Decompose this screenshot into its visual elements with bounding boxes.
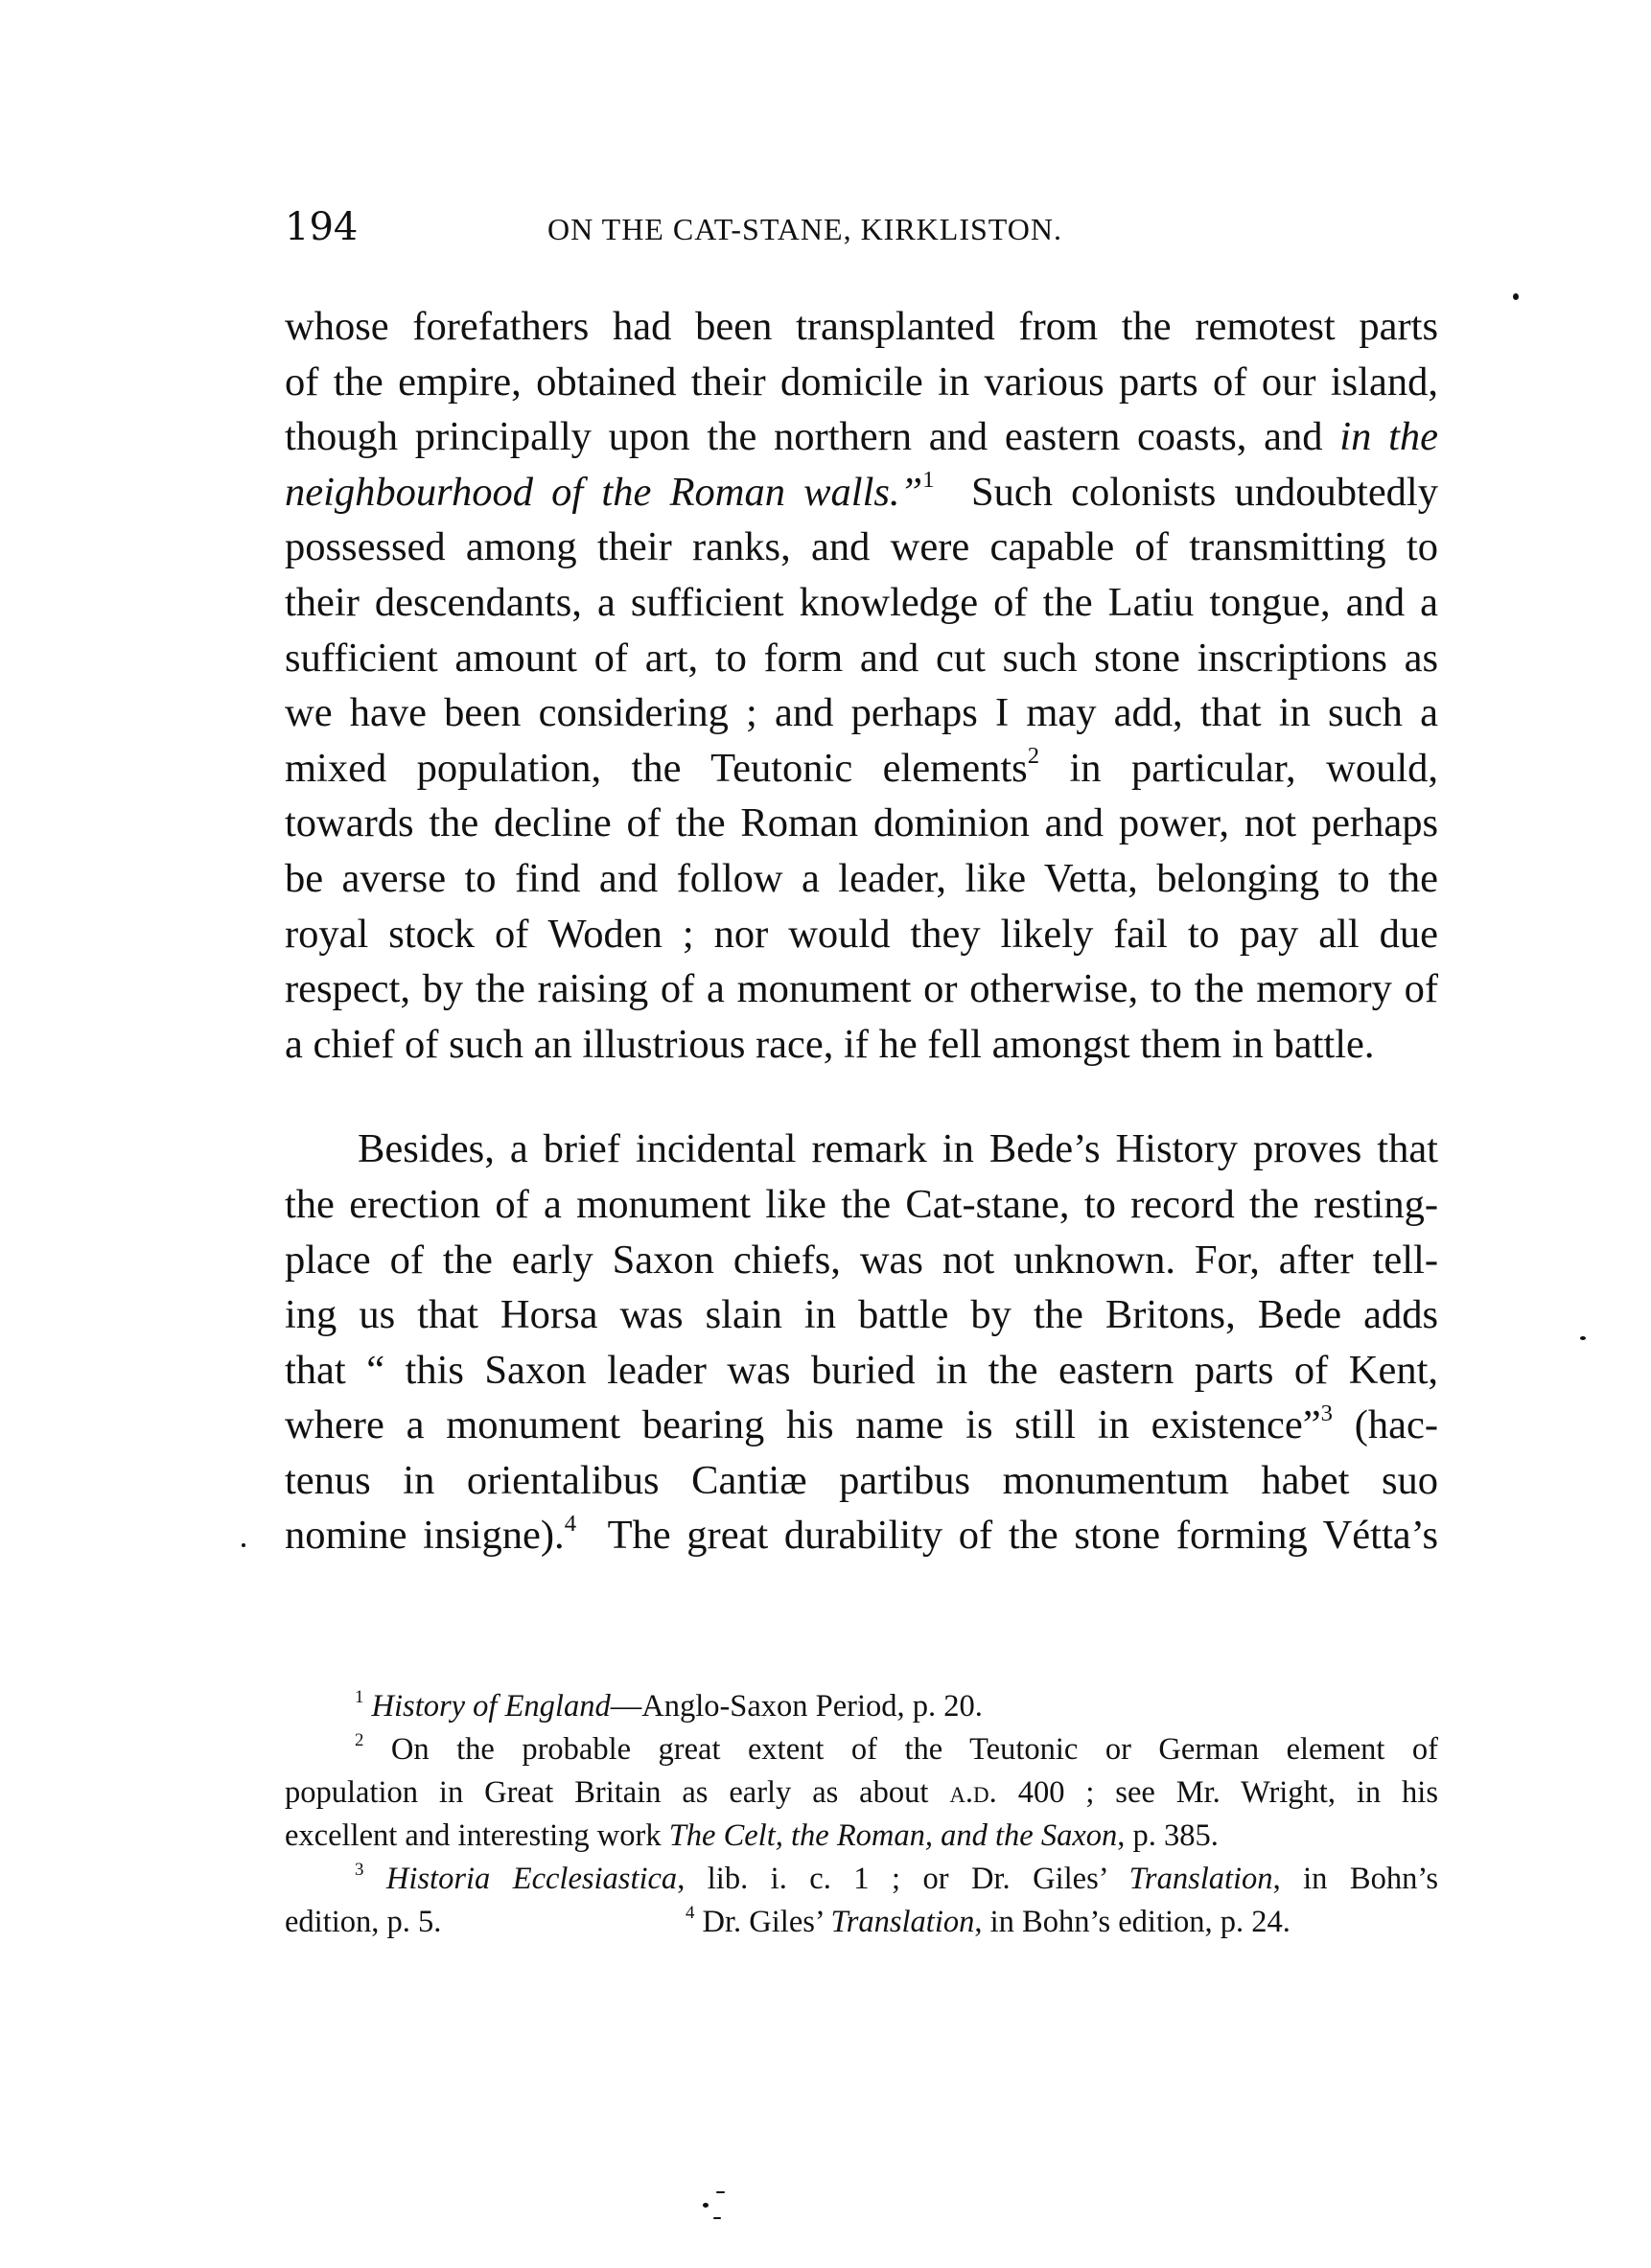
body-text: whose forefathers had been transplanted … [285,299,1438,1563]
footnote-2-line: population in Great Britain as early as … [285,1771,1438,1815]
scan-speck [1580,1336,1586,1340]
text-span: , p. 385. [1117,1818,1219,1853]
footnote-2-line: excellent and interesting work The Celt,… [285,1815,1438,1858]
italic-span: Historia Ecclesiastica [386,1862,677,1896]
italic-span: The Celt, the Roman, and the Saxon [669,1818,1118,1853]
scan-speck [703,2203,709,2208]
small-caps-span: a.d. [949,1775,996,1810]
footnote-ref-1[interactable]: 1 [922,467,934,493]
text-line: nomine insigne).4 The great durability o… [285,1508,1438,1563]
text-line: whose forefathers had been transplanted … [285,299,1438,355]
paragraph-2: Besides, a brief incidental remark in Be… [285,1122,1438,1563]
scan-speck [1513,293,1519,300]
scan-speck [713,2217,721,2219]
footnotes: 1 History of England—Anglo-Saxon Period,… [285,1685,1438,1944]
text-span: edition, p. 5. [285,1905,441,1939]
footnote-mark: 3 [355,1860,363,1880]
text-span: —Anglo-Saxon Period, p. 20. [611,1689,983,1724]
italic-span: Translation [1129,1862,1273,1896]
text-span: Dr. Giles’ [703,1905,831,1939]
footnote-3-4-line: edition, p. 5.4 Dr. Giles’ Translation, … [285,1901,1438,1944]
text-span: mixed population, the Teutonic elements [285,746,1028,791]
text-line: royal stock of Woden ; nor would they li… [285,907,1438,962]
text-span: in particular, would, [1039,746,1438,791]
text-line: respect, by the raising of a monument or… [285,961,1438,1017]
running-head: 194 ON THE CAT-STANE, KIRKLISTON. [285,203,1438,251]
italic-span: Translation [830,1905,974,1939]
text-line: Besides, a brief incidental remark in Be… [285,1122,1438,1177]
text-line: their descendants, a sufficient knowledg… [285,575,1438,631]
paragraph-1: whose forefathers had been transplanted … [285,299,1438,1072]
footnote-ref-2[interactable]: 2 [1028,743,1039,769]
italic-span: neighbourhood of the Roman walls.” [285,470,922,515]
text-span: 400 ; see Mr. Wright, in his [997,1775,1438,1810]
text-line: a chief of such an illustrious race, if … [285,1017,1438,1073]
footnote-1: 1 History of England—Anglo-Saxon Period,… [285,1685,1438,1728]
text-line: possessed among their ranks, and were ca… [285,520,1438,575]
italic-span: History of England [372,1689,611,1724]
text-span: On the probable great extent of the Teut… [391,1732,1438,1767]
footnote-4: 4 Dr. Giles’ Translation, in Bohn’s edit… [686,1901,1291,1944]
text-line: sufficient amount of art, to form and cu… [285,631,1438,686]
text-span: , in Bohn’s [1273,1862,1438,1896]
footnote-mark: 1 [355,1687,363,1707]
text-line: though principally upon the northern and… [285,409,1438,465]
text-span: population in Great Britain as early as … [285,1775,949,1810]
text-span: (hac- [1333,1402,1438,1447]
text-line: mixed population, the Teutonic elements2… [285,741,1438,797]
footnote-2: 2 On the probable great extent of the Te… [285,1728,1438,1771]
scan-speck [242,1543,245,1547]
text-line: neighbourhood of the Roman walls.”1 Such… [285,465,1438,521]
text-line: tenus in orientalibus Cantiæ partibus mo… [285,1453,1438,1509]
text-line: where a monument bearing his name is sti… [285,1398,1438,1453]
text-span: The great durability of the stone formin… [576,1513,1438,1558]
footnote-3: 3 Historia Ecclesiastica, lib. i. c. 1 ;… [285,1858,1438,1901]
paragraph-gap [285,1072,1438,1122]
scan-speck [716,2191,725,2193]
text-line: of the empire, obtained their domicile i… [285,355,1438,410]
text-line: that “ this Saxon leader was buried in t… [285,1343,1438,1399]
text-span: where a monument bearing his name is sti… [285,1402,1321,1447]
footnote-ref-3[interactable]: 3 [1321,1400,1333,1426]
text-line: the erection of a monument like the Cat-… [285,1177,1438,1233]
footnote-mark: 2 [355,1730,363,1750]
text-line: towards the decline of the Roman dominio… [285,796,1438,851]
running-title: ON THE CAT-STANE, KIRKLISTON. [547,205,1062,253]
text-line: ing us that Horsa was slain in battle by… [285,1287,1438,1343]
page-number: 194 [285,203,358,251]
text-span: , in Bohn’s edition, p. 24. [974,1905,1291,1939]
text-span: , lib. i. c. 1 ; or Dr. Giles’ [677,1862,1128,1896]
text-span: excellent and interesting work [285,1818,669,1853]
text-span: Such colonists undoubtedly [935,470,1438,515]
text-span: nomine insigne). [285,1513,565,1558]
text-line: be averse to find and follow a leader, l… [285,851,1438,907]
text-line: place of the early Saxon chiefs, was not… [285,1233,1438,1288]
italic-span: in the [1339,414,1438,459]
footnote-ref-4[interactable]: 4 [565,1511,576,1537]
text-line: we have been considering ; and perhaps I… [285,685,1438,741]
text-span: though principally upon the northern and… [285,414,1339,459]
footnote-mark: 4 [686,1903,694,1923]
